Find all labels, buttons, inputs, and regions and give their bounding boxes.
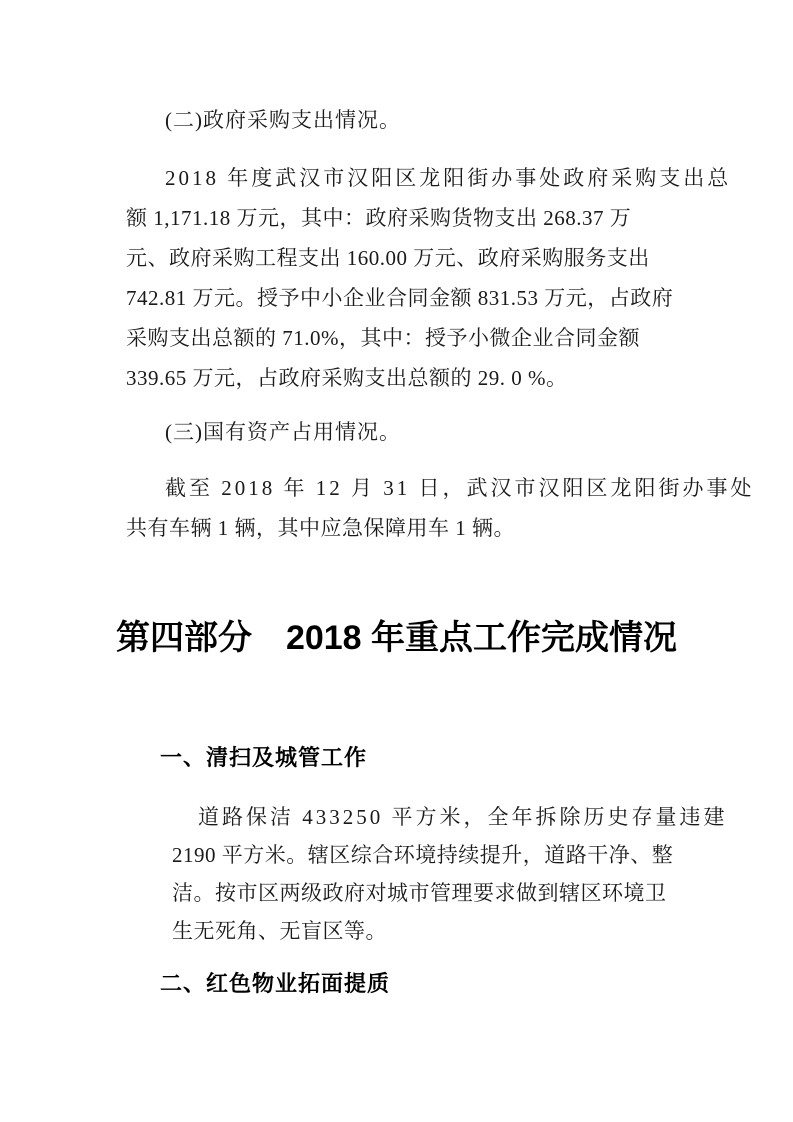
text-line: 339.65 万元，占政府采购支出总额的 29. 0 %。	[126, 358, 686, 398]
text-line: 元、政府采购工程支出 160.00 万元、政府采购服务支出	[126, 238, 686, 278]
text-line: 2190 平方米。辖区综合环境持续提升，道路干净、整	[172, 836, 692, 874]
heading-state-assets: (三)国有资产占用情况。	[126, 412, 686, 452]
text-line: 截至 2018 年 12 月 31 日，武汉市汉阳区龙阳街办事处	[126, 468, 686, 508]
heading-red-property: 二、红色物业拓面提质	[160, 964, 793, 1004]
text-line: 采购支出总额的 71.0%，其中：授予小微企业合同金额	[126, 318, 686, 358]
paragraph-government-procurement: 2018 年度武汉市汉阳区龙阳街办事处政府采购支出总 额 1,171.18 万元…	[126, 158, 686, 398]
paragraph-state-assets: 截至 2018 年 12 月 31 日，武汉市汉阳区龙阳街办事处 共有车辆 1 …	[126, 468, 686, 548]
text-line: 742.81 万元。授予中小企业合同金额 831.53 万元，占政府	[126, 278, 686, 318]
text-line: 道路保洁 433250 平方米，全年拆除历史存量违建	[172, 798, 692, 836]
budget-section-block: (二)政府采购支出情况。 2018 年度武汉市汉阳区龙阳街办事处政府采购支出总 …	[126, 100, 686, 548]
heading-government-procurement: (二)政府采购支出情况。	[126, 100, 686, 140]
text-line: 共有车辆 1 辆，其中应急保障用车 1 辆。	[126, 508, 686, 548]
text-line: 2018 年度武汉市汉阳区龙阳街办事处政府采购支出总	[126, 158, 686, 198]
text-line: 生无死角、无盲区等。	[172, 912, 692, 950]
part4-title: 第四部分 2018 年重点工作完成情况	[0, 608, 793, 668]
text-line: 洁。按市区两级政府对城市管理要求做到辖区环境卫	[172, 874, 692, 912]
heading-cleaning-and-urban-management: 一、清扫及城管工作	[160, 738, 793, 778]
paragraph-cleaning-work: 道路保洁 433250 平方米，全年拆除历史存量违建 2190 平方米。辖区综合…	[172, 798, 692, 950]
text-line: 额 1,171.18 万元，其中：政府采购货物支出 268.37 万	[126, 198, 686, 238]
document-page: (二)政府采购支出情况。 2018 年度武汉市汉阳区龙阳街办事处政府采购支出总 …	[0, 0, 793, 1122]
